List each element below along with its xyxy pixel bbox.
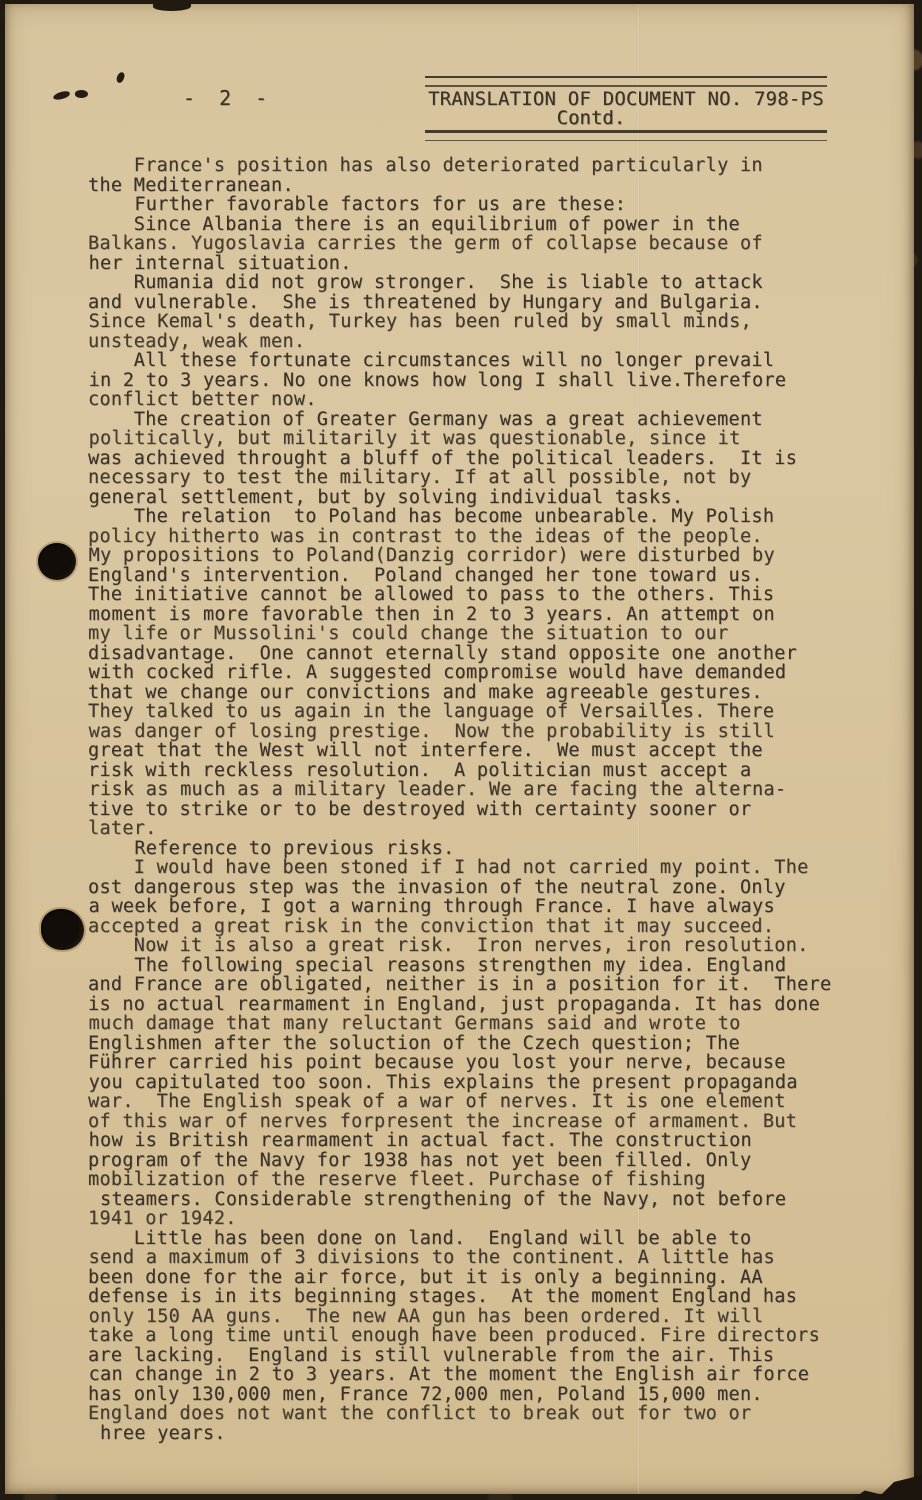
text-line: was danger of losing prestige. Now the p… (89, 722, 899, 742)
ink-smudge (52, 90, 70, 101)
text-line: They talked to us again in the language … (88, 702, 898, 722)
text-line: tive to strike or to be destroyed with c… (88, 800, 898, 820)
text-line: ost dangerous step was the invasion of t… (88, 878, 898, 898)
text-line: her internal situation. (89, 254, 899, 274)
text-line: program of the Navy for 1938 has not yet… (88, 1151, 898, 1171)
paper-sheet: - 2 - TRANSLATION OF DOCUMENT NO. 798-PS… (5, 4, 914, 1494)
text-line: can change in 2 to 3 years. At the momen… (89, 1365, 899, 1385)
text-line: France's position has also deteriorated … (88, 156, 898, 176)
text-line: England's intervention. Poland changed h… (88, 566, 898, 586)
text-line: conflict better now. (88, 390, 898, 410)
text-line: general settlement, but by solving indiv… (89, 488, 899, 508)
text-line: The creation of Greater Germany was a gr… (88, 410, 898, 430)
scanned-document-page: - 2 - TRANSLATION OF DOCUMENT NO. 798-PS… (0, 0, 922, 1500)
text-line: great that the West will not interfere. … (88, 741, 898, 761)
text-line: only 150 AA guns. The new AA gun has bee… (89, 1307, 899, 1327)
text-line: disadvantage. One cannot eternally stand… (88, 644, 898, 664)
text-line: that we change our convictions and make … (88, 683, 898, 703)
text-line: and vulnerable. She is threatened by Hun… (88, 293, 898, 313)
text-line: has only 130,000 men, France 72,000 men,… (88, 1385, 898, 1405)
text-line: of this war of nerves forpresent the inc… (88, 1112, 898, 1132)
ink-smudge (75, 90, 89, 99)
text-line: defense is in its beginning stages. At t… (88, 1287, 898, 1307)
text-line: a week before, I got a warning through F… (89, 897, 899, 917)
text-line: steamers. Considerable strengthening of … (89, 1190, 899, 1210)
text-line: send a maximum of 3 divisions to the con… (89, 1248, 899, 1268)
text-line: Englishmen after the soluction of the Cz… (88, 1034, 898, 1054)
punch-hole (41, 909, 84, 950)
text-line: hree years. (89, 1424, 899, 1444)
text-line: moment is more favorable then in 2 to 3 … (89, 605, 899, 625)
text-line: unsteady, weak men. (88, 332, 898, 352)
text-line: My propositions to Poland(Danzig corrido… (89, 546, 899, 566)
text-line: accepted a great risk in the conviction … (88, 917, 898, 937)
text-line: England does not want the conflict to br… (88, 1404, 898, 1424)
punch-hole (38, 543, 76, 580)
text-line: with cocked rifle. A suggested compromis… (89, 663, 899, 683)
text-line: you capitulated too soon. This explains … (89, 1073, 899, 1093)
text-line: my life or Mussolini's could change the … (88, 624, 898, 644)
ink-smudge (115, 71, 125, 84)
text-line: was achieved throught a bluff of the pol… (88, 449, 898, 469)
text-line: how is British rearmament in actual fact… (89, 1131, 899, 1151)
text-line: Balkans. Yugoslavia carries the germ of … (88, 234, 898, 254)
text-line: The initiative cannot be allowed to pass… (88, 585, 898, 605)
page-number: - 2 - (183, 86, 273, 110)
double-rule-bottom (425, 130, 827, 141)
document-title: TRANSLATION OF DOCUMENT NO. 798-PS (425, 89, 827, 109)
text-line: the Mediterranean. (88, 176, 898, 196)
document-header: TRANSLATION OF DOCUMENT NO. 798-PS Contd… (425, 76, 827, 141)
text-line: The following special reasons strengthen… (89, 956, 899, 976)
text-line: necessary to test the military. If at al… (88, 468, 898, 488)
text-line: I would have been stoned if I had not ca… (88, 858, 898, 878)
text-line: The relation to Poland has become unbear… (88, 507, 898, 527)
text-line: Further favorable factors for us are the… (89, 195, 899, 215)
text-line: later. (88, 819, 898, 839)
text-line: much damage that many reluctant Germans … (89, 1014, 899, 1034)
continued-label: Contd. (425, 109, 757, 127)
text-line: Since Kemal's death, Turkey has been rul… (89, 312, 899, 332)
text-line: risk as much as a military leader. We ar… (89, 780, 899, 800)
text-line: risk with reckless resolution. A politic… (88, 761, 898, 781)
text-line: Little has been done on land. England wi… (88, 1229, 898, 1249)
text-line: All these fortunate circumstances will n… (88, 351, 898, 371)
text-line: in 2 to 3 years. No one knows how long I… (89, 371, 899, 391)
text-line: mobilization of the reserve fleet. Purch… (88, 1170, 898, 1190)
text-line: Since Albania there is an equilibrium of… (88, 215, 898, 235)
scan-edge-notch (153, 2, 191, 11)
text-line: Rumania did not grow stronger. She is li… (88, 273, 898, 293)
text-line: Reference to previous risks. (89, 839, 899, 859)
text-line: 1941 or 1942. (88, 1209, 898, 1229)
double-rule-top (425, 76, 827, 87)
text-line: take a long time until enough have been … (88, 1326, 898, 1346)
text-line: been done for the air force, but it is o… (88, 1268, 898, 1288)
text-line: politically, but militarily it was quest… (89, 429, 899, 449)
text-line: war. The English speak of a war of nerve… (88, 1092, 898, 1112)
text-line: is no actual rearmament in England, just… (88, 995, 898, 1015)
text-line: are lacking. England is still vulnerable… (88, 1346, 898, 1366)
document-body: France's position has also deteriorated … (88, 156, 898, 1443)
text-line: and France are obligated, neither is in … (88, 975, 898, 995)
text-line: Now it is also a great risk. Iron nerves… (88, 936, 898, 956)
text-line: Führer carried his point because you los… (88, 1053, 898, 1073)
text-line: policy hitherto was in contrast to the i… (88, 527, 898, 547)
